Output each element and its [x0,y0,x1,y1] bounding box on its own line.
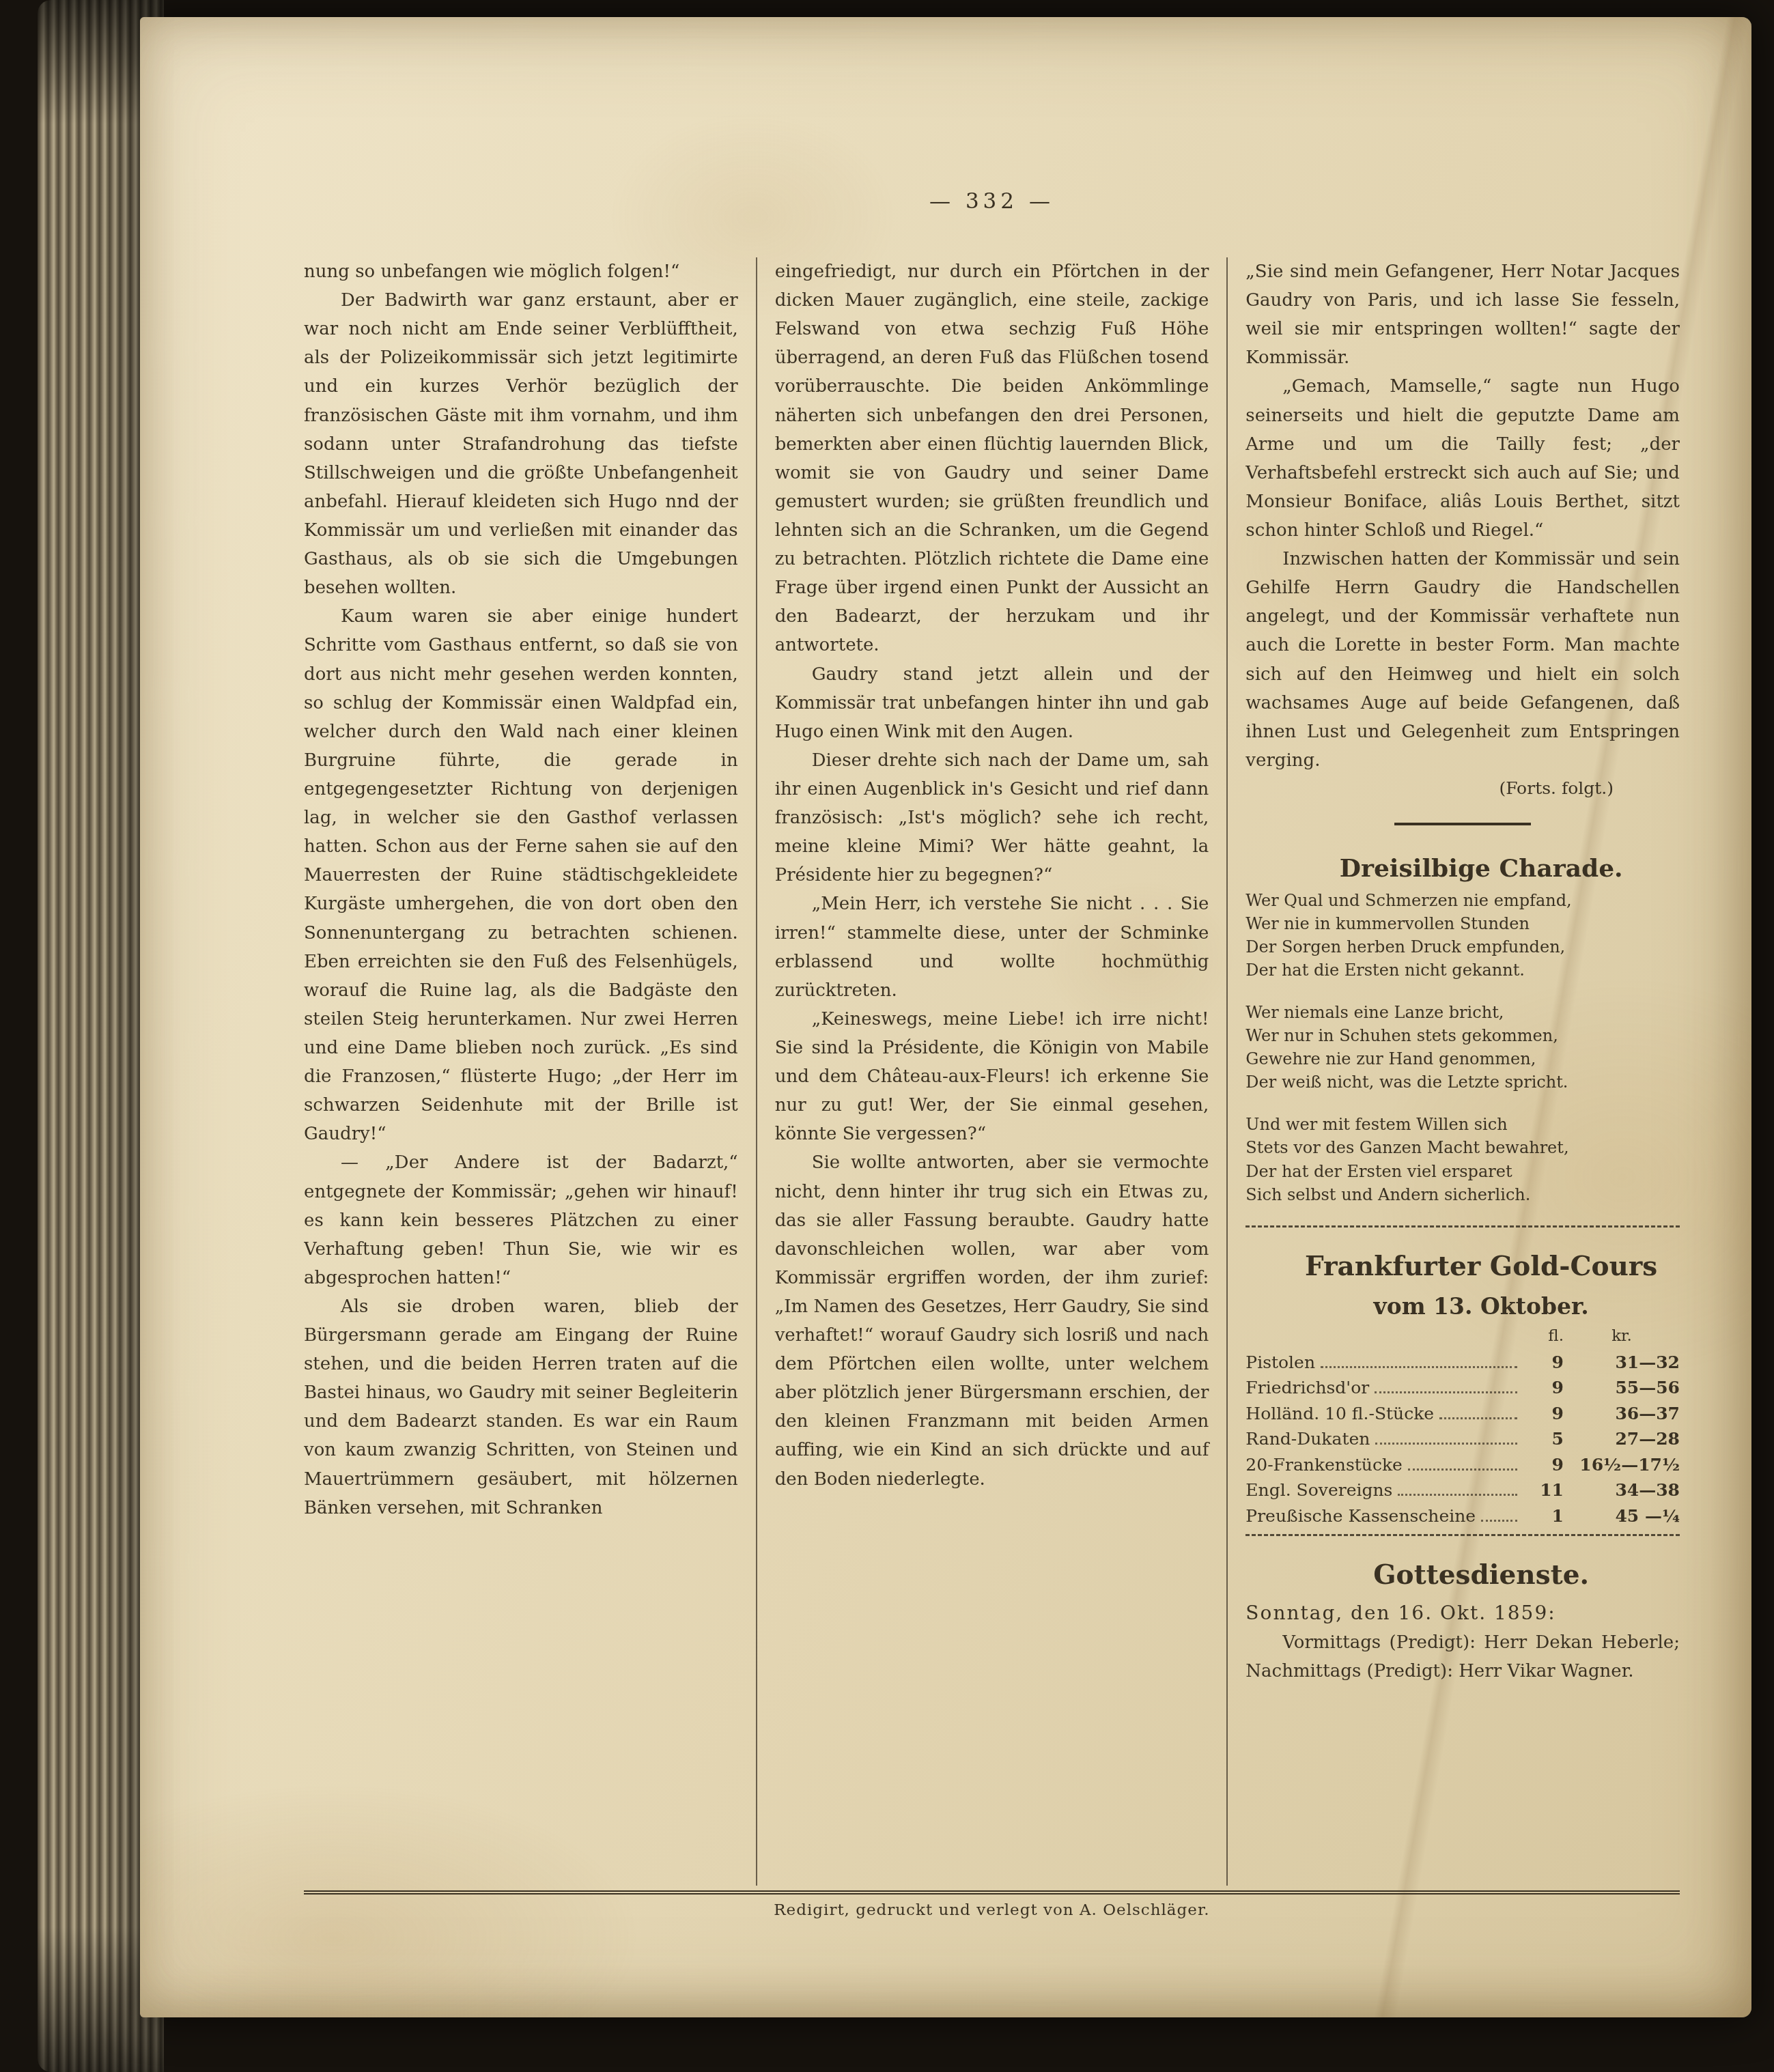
charade-title: Dreisilbige Charade. [1245,849,1680,888]
section-divider-rule [1245,1225,1680,1227]
poem-line: Sich selbst und Andern sicherlich. [1245,1183,1680,1206]
section-divider-rule [1394,823,1531,825]
poem-line: Stets vor des Ganzen Macht bewahret, [1245,1136,1680,1159]
table-row: 20-Frankenstücke 9 16½—17½ [1245,1452,1680,1478]
table-row: Rand-Dukaten 5 27—28 [1245,1426,1680,1452]
column-2: eingefriedigt, nur durch ein Pförtchen i… [756,257,1227,1886]
row-label: 20-Frankenstücke [1245,1452,1403,1478]
services-date: Sonntag, den 16. Okt. 1859: [1245,1598,1680,1628]
row-label: Engl. Sovereigns [1245,1477,1392,1503]
row-fl-value: 9 [1523,1375,1564,1401]
dot-leader [1398,1494,1517,1496]
poem-line: Wer nie in kummervollen Stunden [1245,912,1680,935]
row-fl-value: 9 [1523,1350,1564,1376]
column-3: „Sie sind mein Gefangener, Herr Notar Ja… [1226,257,1680,1886]
dot-leader [1375,1443,1517,1445]
poem-line: Und wer mit festem Willen sich [1245,1113,1680,1136]
dot-leader [1481,1520,1517,1522]
header-spacer [1245,1324,1523,1348]
paragraph: „Keineswegs, meine Liebe! ich irre nicht… [775,1005,1209,1149]
paragraph: Inzwischen hatten der Kommissär und sein… [1245,545,1680,775]
row-label: Rand-Dukaten [1245,1426,1370,1452]
section-divider-rule [1245,1534,1680,1536]
poem-line: Wer niemals eine Lanze bricht, [1245,1001,1680,1024]
row-fl-value: 11 [1523,1477,1564,1503]
column-1: nung so unbefangen wie möglich folgen!“ … [304,257,756,1886]
table-row: Holländ. 10 fl.-Stücke 9 36—37 [1245,1401,1680,1427]
services-title: Gottesdienste. [1245,1554,1680,1597]
paragraph: Dieser drehte sich nach der Dame um, sah… [775,746,1209,890]
row-label: Holländ. 10 fl.-Stücke [1245,1401,1434,1427]
column-header-kr: kr. [1564,1324,1680,1348]
row-fl-value: 9 [1523,1452,1564,1478]
paragraph: „Sie sind mein Gefangener, Herr Notar Ja… [1245,257,1680,372]
paragraph: nung so unbefangen wie möglich folgen!“ [304,257,738,286]
row-fl-value: 9 [1523,1401,1564,1427]
newspaper-page: — 332 — nung so unbefangen wie möglich f… [140,17,1751,2017]
charade-stanza: Wer niemals eine Lanze bricht, Wer nur i… [1245,1001,1680,1094]
paragraph: „Gemach, Mamselle,“ sagte nun Hugo seine… [1245,372,1680,545]
row-label: Pistolen [1245,1350,1315,1376]
table-row: Pistolen 9 31—32 [1245,1350,1680,1376]
row-kr-value: 55—56 [1564,1375,1680,1401]
dot-leader [1439,1417,1517,1419]
scanned-newspaper-photo: — 332 — nung so unbefangen wie möglich f… [0,0,1774,2072]
imprint-footer: Redigirt, gedruckt und verlegt von A. Oe… [304,1901,1680,1919]
poem-line: Wer Qual und Schmerzen nie empfand, [1245,889,1680,912]
charade-stanza: Wer Qual und Schmerzen nie empfand, Wer … [1245,889,1680,982]
paragraph: eingefriedigt, nur durch ein Pförtchen i… [775,257,1209,660]
poem-line: Der hat die Ersten nicht gekannt. [1245,959,1680,982]
gold-cours-date: vom 13. Oktober. [1245,1288,1680,1324]
gold-cours-table: fl. kr. Pistolen 9 31—32 Friedrichsd'or … [1245,1324,1680,1529]
gold-table-header: fl. kr. [1245,1324,1680,1348]
row-label: Friedrichsd'or [1245,1375,1369,1401]
row-fl-value: 5 [1523,1426,1564,1452]
table-row: Engl. Sovereigns 11 34—38 [1245,1477,1680,1503]
paragraph: Sie wollte antworten, aber sie vermochte… [775,1148,1209,1493]
gold-cours-title: Frankfurter Gold-Cours [1245,1245,1680,1288]
table-row: Preußische Kassenscheine 1 45 —¼ [1245,1503,1680,1529]
row-kr-value: 36—37 [1564,1401,1680,1427]
poem-line: Der weiß nicht, was die Letzte spricht. [1245,1070,1680,1094]
paragraph: — „Der Andere ist der Badarzt,“ entgegne… [304,1148,738,1292]
row-label: Preußische Kassenscheine [1245,1503,1476,1529]
row-kr-value: 31—32 [1564,1350,1680,1376]
row-kr-value: 27—28 [1564,1426,1680,1452]
page-number: — 332 — [304,189,1680,214]
paragraph: Gaudry stand jetzt allein und der Kommis… [775,660,1209,746]
charade-stanza: Und wer mit festem Willen sich Stets vor… [1245,1113,1680,1206]
column-header-fl: fl. [1523,1324,1564,1348]
row-kr-value: 45 —¼ [1564,1503,1680,1529]
poem-line: Wer nur in Schuhen stets gekommen, [1245,1024,1680,1047]
row-kr-value: 16½—17½ [1564,1452,1680,1478]
services-text: Vormittags (Predigt): Herr Dekan Heberle… [1245,1628,1680,1686]
poem-line: Der hat der Ersten viel ersparet [1245,1160,1680,1183]
page-columns: nung so unbefangen wie möglich folgen!“ … [304,257,1680,1886]
paragraph: „Mein Herr, ich verstehe Sie nicht . . .… [775,890,1209,1004]
paragraph: Der Badwirth war ganz erstaunt, aber er … [304,286,738,602]
table-row: Friedrichsd'or 9 55—56 [1245,1375,1680,1401]
poem-line: Gewehre nie zur Hand genommen, [1245,1047,1680,1070]
dot-leader [1321,1366,1517,1368]
paragraph: Als sie droben waren, blieb der Bürgersm… [304,1292,738,1522]
poem-line: Der Sorgen herben Druck empfunden, [1245,935,1680,959]
footer-rule [304,1890,1680,1894]
charade-poem: Wer Qual und Schmerzen nie empfand, Wer … [1245,889,1680,1206]
row-kr-value: 34—38 [1564,1477,1680,1503]
continuation-note: (Forts. folgt.) [1245,775,1680,803]
dot-leader [1408,1468,1517,1471]
row-fl-value: 1 [1523,1503,1564,1529]
paragraph: Kaum waren sie aber einige hundert Schri… [304,602,738,1148]
dot-leader [1375,1391,1517,1393]
